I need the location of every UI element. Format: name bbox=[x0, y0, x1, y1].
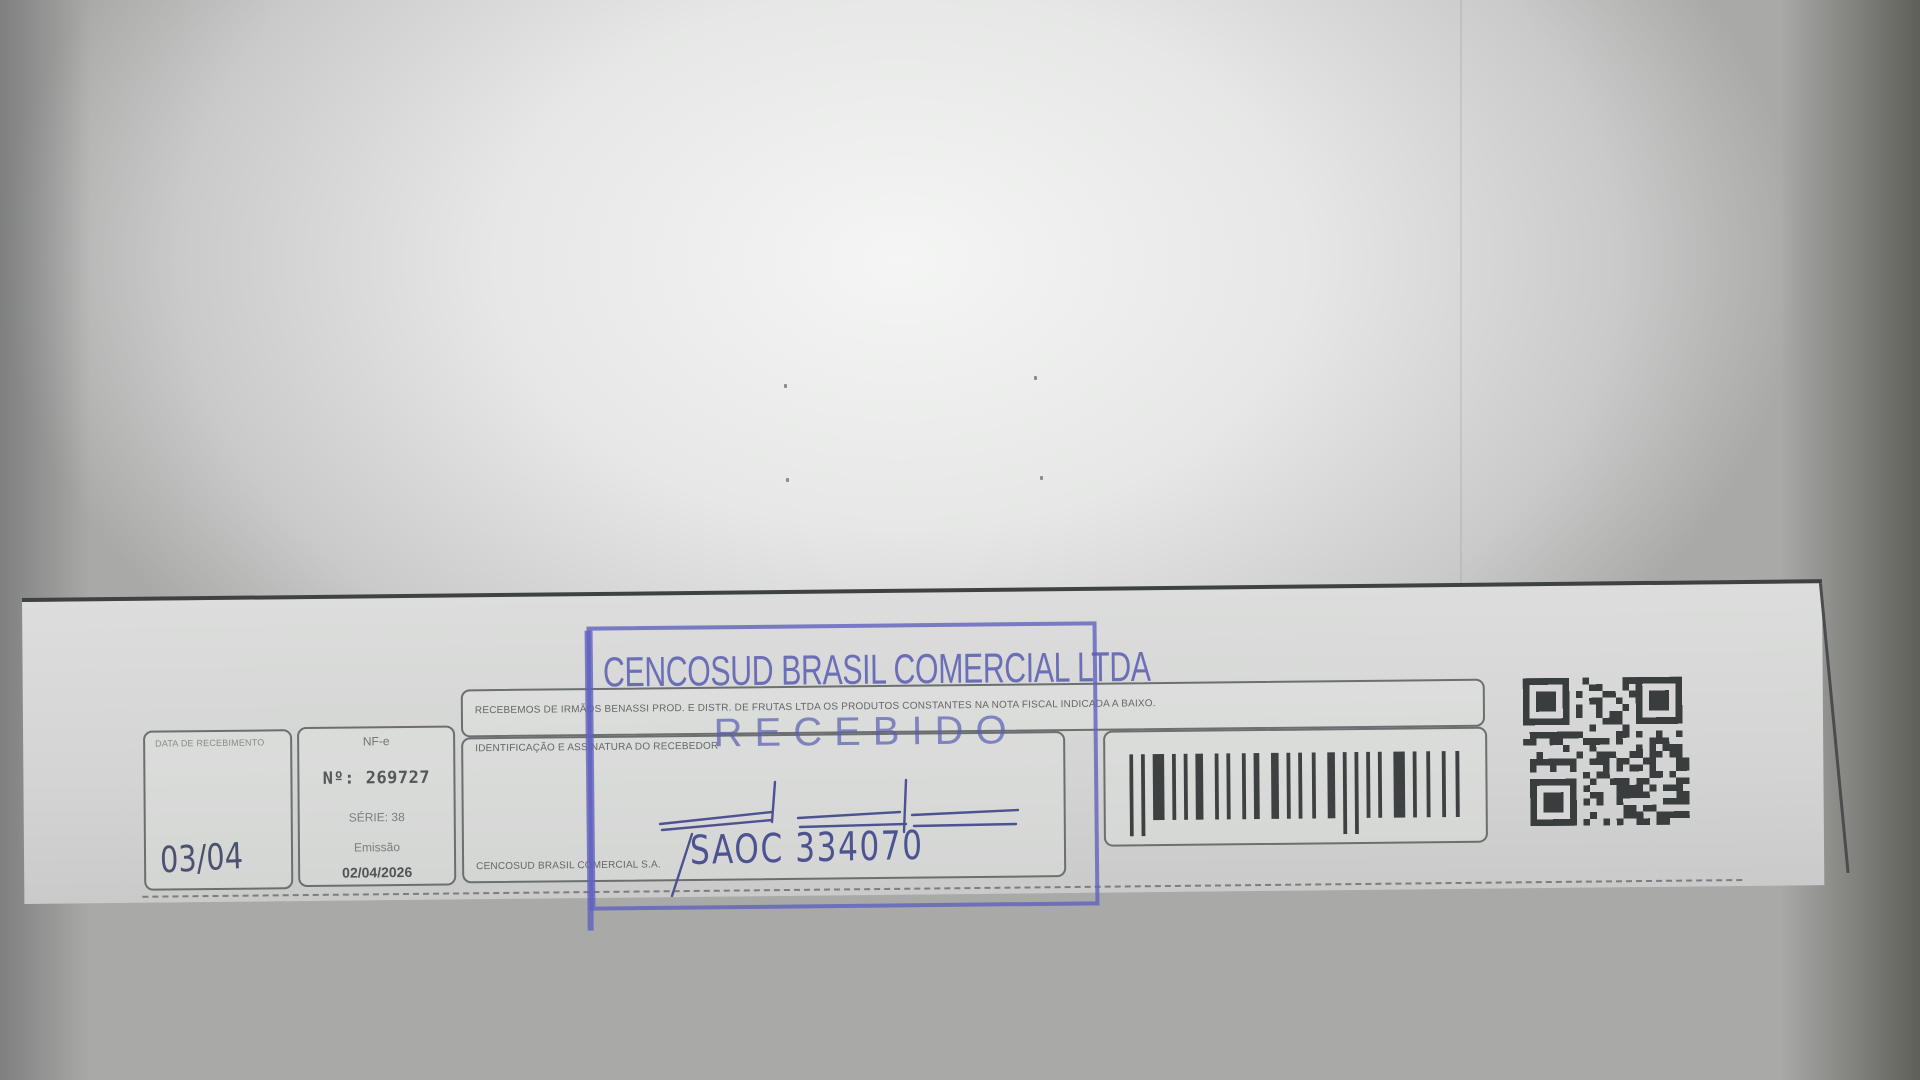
stamp-company: CENCOSUD BRASIL COMERCIAL LTDA bbox=[603, 645, 949, 697]
box-mark bbox=[786, 478, 789, 482]
barcode-icon bbox=[1129, 749, 1460, 836]
signature-handwritten: SAOC 334070 bbox=[690, 823, 924, 874]
receipt-date-label: DATA DE RECEBIMENTO bbox=[155, 737, 264, 748]
nfe-field: NF-e Nº: 269727 SÉRIE: 38 Emissão 02/04/… bbox=[297, 725, 456, 887]
box-mark bbox=[1040, 476, 1043, 480]
photo-shadow-right bbox=[1780, 0, 1920, 1080]
box-mark bbox=[1034, 376, 1037, 380]
nfe-title: NF-e bbox=[299, 733, 453, 749]
nfe-issue-date: 02/04/2026 bbox=[300, 863, 454, 881]
box-seam bbox=[1460, 0, 1462, 600]
box-mark bbox=[784, 384, 787, 388]
stamp-status: RECEBIDO bbox=[713, 708, 1018, 756]
qr-code-icon bbox=[1523, 677, 1690, 827]
receipt-date-field: DATA DE RECEBIMENTO 03/04 bbox=[143, 729, 293, 891]
barcode-field bbox=[1103, 727, 1488, 847]
nfe-number: Nº: 269727 bbox=[299, 767, 453, 789]
nfe-issue-label: Emissão bbox=[300, 839, 454, 855]
nfe-series: SÉRIE: 38 bbox=[300, 809, 454, 825]
photo-shadow-left bbox=[0, 0, 90, 1080]
receipt-date-handwritten: 03/04 bbox=[159, 836, 243, 881]
